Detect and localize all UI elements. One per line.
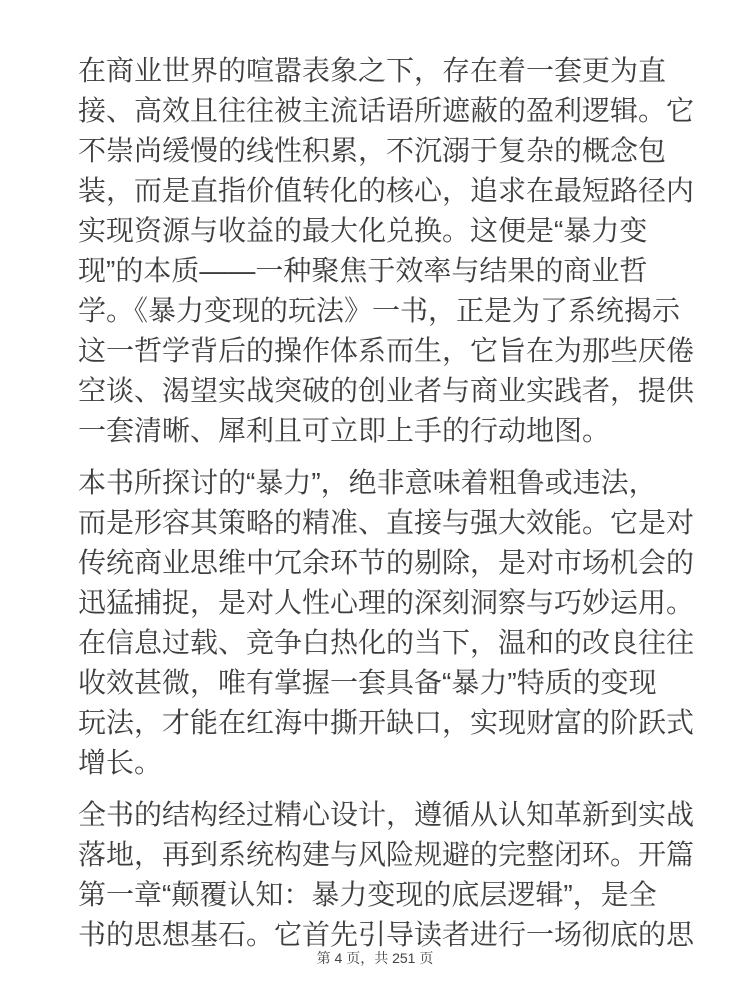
page-number-indicator: 第 4 页，共 251 页 (317, 950, 434, 966)
text-line: 本书所探讨的“暴力”，绝非意味着粗鲁或违法， (78, 463, 680, 503)
text-line: 空谈、渴望实战突破的创业者与商业实践者，提供 (78, 371, 680, 411)
text-line: 玩法，才能在红海中撕开缺口，实现财富的阶跃式 (78, 703, 680, 743)
text-line: 而是形容其策略的精准、直接与强大效能。它是对 (78, 503, 680, 543)
text-line: 这一哲学背后的操作体系而生，它旨在为那些厌倦 (78, 331, 680, 371)
text-line: 落地，再到系统构建与风险规避的完整闭环。开篇 (78, 835, 680, 875)
text-line: 接、高效且往往被主流话语所遮蔽的盈利逻辑。它 (78, 91, 680, 131)
paragraph-1: 在商业世界的喧嚣表象之下，存在着一套更为直接、高效且往往被主流话语所遮蔽的盈利逻… (78, 51, 680, 451)
text-line: 收效甚微，唯有掌握一套具备“暴力”特质的变现 (78, 663, 680, 703)
page-content: 在商业世界的喧嚣表象之下，存在着一套更为直接、高效且往往被主流话语所遮蔽的盈利逻… (78, 51, 680, 967)
page-footer: 第 4 页，共 251 页 (0, 948, 750, 968)
text-line: 装，而是直指价值转化的核心，追求在最短路径内 (78, 171, 680, 211)
text-line: 全书的结构经过精心设计，遵循从认知革新到实战 (78, 795, 680, 835)
text-line: 第一章“颠覆认知：暴力变现的底层逻辑”，是全 (78, 875, 680, 915)
document-page: 在商业世界的喧嚣表象之下，存在着一套更为直接、高效且往往被主流话语所遮蔽的盈利逻… (0, 0, 750, 1000)
text-line: 在信息过载、竞争白热化的当下，温和的改良往往 (78, 623, 680, 663)
text-line: 实现资源与收益的最大化兑换。这便是“暴力变 (78, 211, 680, 251)
text-line: 在商业世界的喧嚣表象之下，存在着一套更为直 (78, 51, 680, 91)
text-line: 现”的本质——一种聚焦于效率与结果的商业哲 (78, 251, 680, 291)
text-line: 不崇尚缓慢的线性积累，不沉溺于复杂的概念包 (78, 131, 680, 171)
text-line: 传统商业思维中冗余环节的剔除，是对市场机会的 (78, 543, 680, 583)
text-line: 一套清晰、犀利且可立即上手的行动地图。 (78, 411, 680, 451)
text-line: 学。《暴力变现的玩法》一书，正是为了系统揭示 (78, 291, 680, 331)
text-line: 迅猛捕捉，是对人性心理的深刻洞察与巧妙运用。 (78, 583, 680, 623)
paragraph-3: 全书的结构经过精心设计，遵循从认知革新到实战落地，再到系统构建与风险规避的完整闭… (78, 795, 680, 955)
text-line: 增长。 (78, 743, 680, 783)
paragraph-2: 本书所探讨的“暴力”，绝非意味着粗鲁或违法，而是形容其策略的精准、直接与强大效能… (78, 463, 680, 783)
